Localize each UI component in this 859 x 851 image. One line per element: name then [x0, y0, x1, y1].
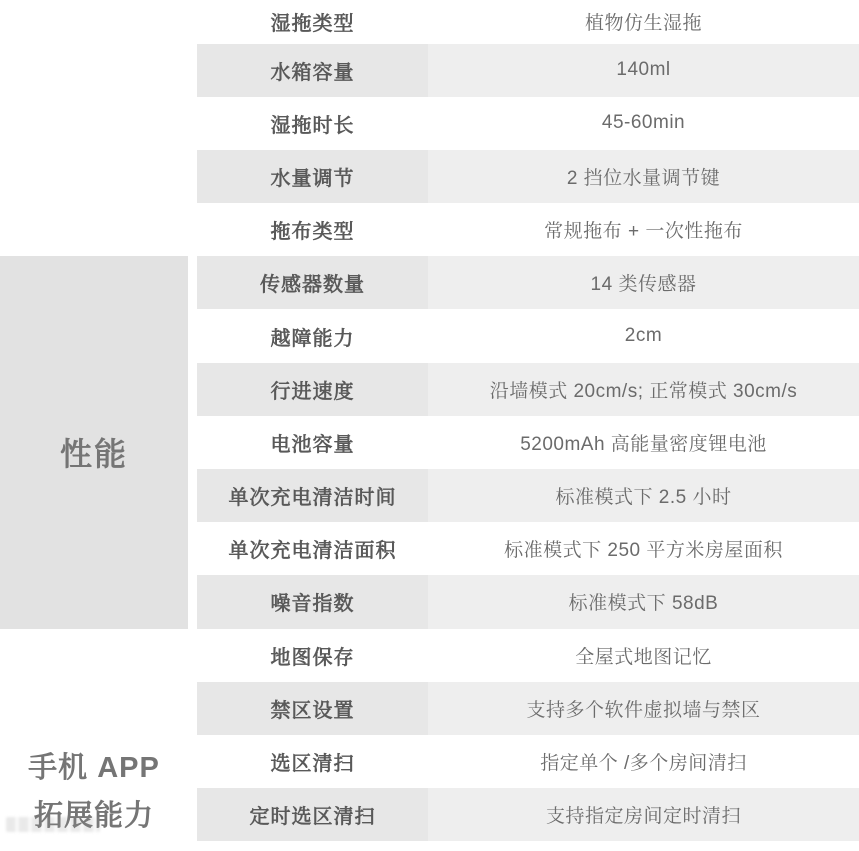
section-panel-performance: 性能 — [0, 256, 188, 628]
row-left-spacer — [0, 203, 197, 256]
row-left-spacer — [0, 150, 197, 203]
spec-row: 拖布类型常规拖布 + 一次性拖布 — [0, 203, 859, 256]
spec-value-cell: 2cm — [428, 309, 859, 362]
spec-label-cell: 地图保存 — [197, 629, 428, 682]
spec-row: 水量调节2 挡位水量调节键 — [0, 150, 859, 203]
spec-label-cell: 湿拖时长 — [197, 97, 428, 150]
spec-value-cell: 常规拖布 + 一次性拖布 — [428, 203, 859, 256]
row-left-spacer — [0, 0, 197, 44]
section-label-app-line2: 拓展能力 — [0, 792, 188, 840]
spec-label-cell: 单次充电清洁时间 — [197, 469, 428, 522]
spec-label-cell: 越障能力 — [197, 309, 428, 362]
spec-row: 湿拖时长45-60min — [0, 97, 859, 150]
spec-value-cell: 5200mAh 高能量密度锂电池 — [428, 416, 859, 469]
spec-label-cell: 选区清扫 — [197, 735, 428, 788]
spec-value-cell: 指定单个 /多个房间清扫 — [428, 735, 859, 788]
spec-row: 禁区设置支持多个软件虚拟墙与禁区 — [0, 682, 859, 735]
section-label-app-line1: 手机 APP — [0, 744, 188, 792]
spec-label-cell: 行进速度 — [197, 363, 428, 416]
spec-value-cell: 标准模式下 2.5 小时 — [428, 469, 859, 522]
spec-value-cell: 植物仿生湿拖 — [428, 0, 859, 44]
spec-sheet: 湿拖类型植物仿生湿拖水箱容量140ml湿拖时长45-60min水量调节2 挡位水… — [0, 0, 859, 851]
spec-label-cell: 禁区设置 — [197, 682, 428, 735]
row-left-spacer — [0, 44, 197, 97]
spec-label-cell: 单次充电清洁面积 — [197, 522, 428, 575]
spec-value-cell: 沿墙模式 20cm/s; 正常模式 30cm/s — [428, 363, 859, 416]
spec-row: 湿拖类型植物仿生湿拖 — [0, 0, 859, 44]
spec-value-cell: 140ml — [428, 44, 859, 97]
spec-row: 地图保存全屋式地图记忆 — [0, 629, 859, 682]
spec-value-cell: 14 类传感器 — [428, 256, 859, 309]
spec-value-cell: 支持指定房间定时清扫 — [428, 788, 859, 841]
spec-label-cell: 定时选区清扫 — [197, 788, 428, 841]
spec-value-cell: 支持多个软件虚拟墙与禁区 — [428, 682, 859, 735]
row-left-spacer — [0, 97, 197, 150]
watermark — [6, 817, 100, 832]
spec-label-cell: 传感器数量 — [197, 256, 428, 309]
row-left-spacer — [0, 682, 197, 735]
spec-value-cell: 标准模式下 58dB — [428, 575, 859, 628]
spec-value-cell: 标准模式下 250 平方米房屋面积 — [428, 522, 859, 575]
spec-label-cell: 电池容量 — [197, 416, 428, 469]
spec-value-cell: 45-60min — [428, 97, 859, 150]
spec-label-cell: 拖布类型 — [197, 203, 428, 256]
spec-value-cell: 2 挡位水量调节键 — [428, 150, 859, 203]
spec-label-cell: 湿拖类型 — [197, 0, 428, 44]
spec-label-cell: 水量调节 — [197, 150, 428, 203]
spec-label-cell: 噪音指数 — [197, 575, 428, 628]
spec-label-cell: 水箱容量 — [197, 44, 428, 97]
spec-value-cell: 全屋式地图记忆 — [428, 629, 859, 682]
row-left-spacer — [0, 629, 197, 682]
section-label-performance: 性能 — [60, 429, 128, 475]
spec-row: 水箱容量140ml — [0, 44, 859, 97]
